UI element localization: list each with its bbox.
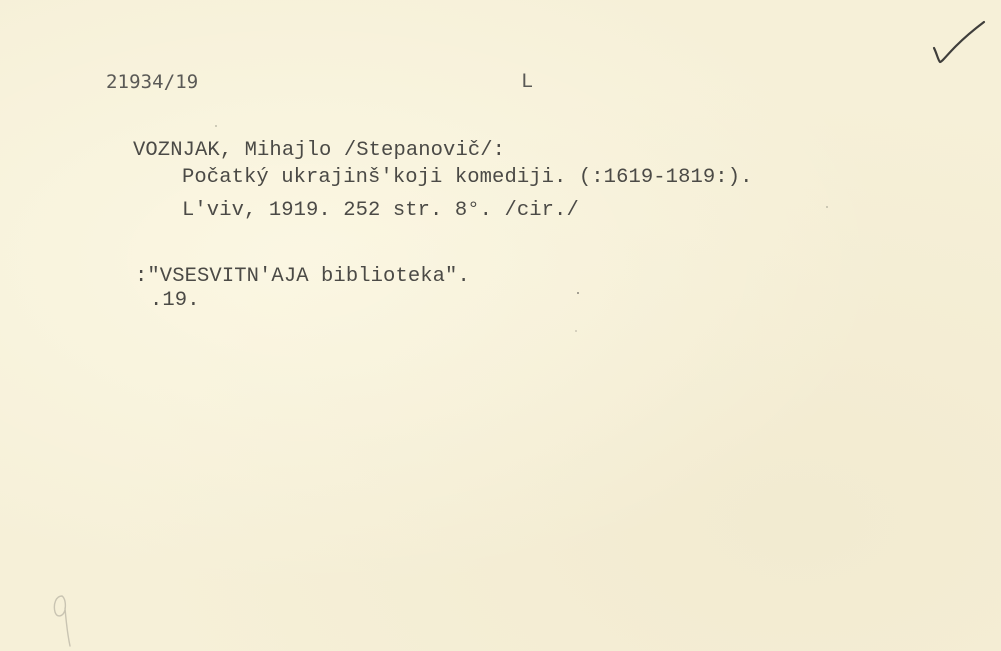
paper-speck <box>577 292 579 294</box>
paper-speck <box>826 206 828 208</box>
check-icon <box>928 18 988 68</box>
imprint-line: L'viv, 1919. 252 str. 8°. /cir./ <box>182 201 579 222</box>
pencil-note-icon <box>48 590 78 650</box>
series-statement: :"VSESVITN'AJA biblioteka". <box>135 267 470 288</box>
title-line: Počatký ukrajinš'koji komediji. (:1619-1… <box>182 168 753 189</box>
author-heading: VOZNJAK, Mihajlo /Stepanovič/: <box>133 141 505 162</box>
paper-speck <box>575 330 577 332</box>
paper-speck <box>215 125 217 127</box>
catalog-card: 21934/19 L VOZNJAK, Mihajlo /Stepanovič/… <box>0 0 1001 651</box>
series-number: .19. <box>150 291 200 312</box>
location-mark: L <box>521 73 533 94</box>
call-number: 21934/19 <box>106 73 198 92</box>
